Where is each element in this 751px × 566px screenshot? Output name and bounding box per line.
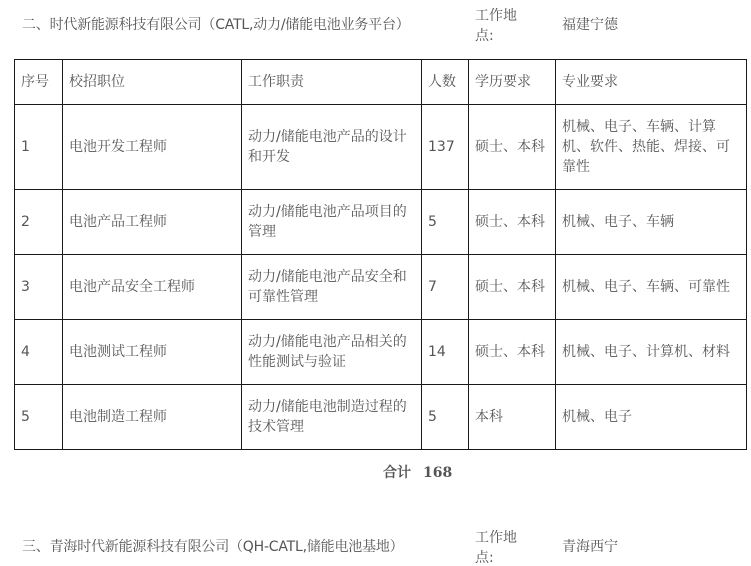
cell-duty: 动力/储能电池产品相关的性能测试与验证 <box>242 320 422 385</box>
table-row: 3 电池产品安全工程师 动力/储能电池产品安全和可靠性管理 7 硕士、本科 机械… <box>15 255 747 320</box>
header-major: 专业要求 <box>556 60 747 105</box>
cell-no: 4 <box>15 320 63 385</box>
header-education: 学历要求 <box>469 60 556 105</box>
cell-duty: 动力/储能电池产品项目的管理 <box>242 190 422 255</box>
cell-count: 5 <box>422 190 469 255</box>
header-position: 校招职位 <box>63 60 242 105</box>
cell-position: 电池产品工程师 <box>63 190 242 255</box>
cell-no: 5 <box>15 385 63 450</box>
total-value: 168 <box>423 465 452 481</box>
cell-duty: 动力/储能电池产品的设计和开发 <box>242 105 422 190</box>
cell-count: 5 <box>422 385 469 450</box>
job-table: 序号 校招职位 工作职责 人数 学历要求 专业要求 1 电池开发工程师 动力/储… <box>14 59 747 450</box>
cell-education: 硕士、本科 <box>469 105 556 190</box>
table-row: 1 电池开发工程师 动力/储能电池产品的设计和开发 137 硕士、本科 机械、电… <box>15 105 747 190</box>
location-label: 工作地点: <box>475 528 535 566</box>
table-row: 2 电池产品工程师 动力/储能电池产品项目的管理 5 硕士、本科 机械、电子、车… <box>15 190 747 255</box>
cell-education: 本科 <box>469 385 556 450</box>
cell-major: 机械、电子、车辆、可靠性 <box>556 255 747 320</box>
cell-education: 硕士、本科 <box>469 190 556 255</box>
location-value: 福建宁德 <box>562 16 618 34</box>
cell-no: 2 <box>15 190 63 255</box>
cell-duty: 动力/储能电池制造过程的技术管理 <box>242 385 422 450</box>
table-row: 4 电池测试工程师 动力/储能电池产品相关的性能测试与验证 14 硕士、本科 机… <box>15 320 747 385</box>
cell-education: 硕士、本科 <box>469 255 556 320</box>
cell-position: 电池测试工程师 <box>63 320 242 385</box>
cell-position: 电池产品安全工程师 <box>63 255 242 320</box>
cell-count: 137 <box>422 105 469 190</box>
section-header-catl: 二、时代新能源科技有限公司（CATL,动力/储能电池业务平台） 工作地点: 福建… <box>0 0 751 44</box>
location-label: 工作地点: <box>475 6 535 46</box>
cell-count: 7 <box>422 255 469 320</box>
cell-major: 机械、电子、车辆 <box>556 190 747 255</box>
cell-no: 1 <box>15 105 63 190</box>
table-row: 5 电池制造工程师 动力/储能电池制造过程的技术管理 5 本科 机械、电子 <box>15 385 747 450</box>
cell-major: 机械、电子 <box>556 385 747 450</box>
cell-major: 机械、电子、计算机、材料 <box>556 320 747 385</box>
location-value: 青海西宁 <box>562 538 618 556</box>
company-name: 三、青海时代新能源科技有限公司（QH-CATL,储能电池基地） <box>22 538 403 556</box>
cell-duty: 动力/储能电池产品安全和可靠性管理 <box>242 255 422 320</box>
total-summary: 合计168 <box>383 462 452 482</box>
header-no: 序号 <box>15 60 63 105</box>
table-header-row: 序号 校招职位 工作职责 人数 学历要求 专业要求 <box>15 60 747 105</box>
company-name: 二、时代新能源科技有限公司（CATL,动力/储能电池业务平台） <box>22 16 410 34</box>
header-count: 人数 <box>422 60 469 105</box>
cell-major: 机械、电子、车辆、计算机、软件、热能、焊接、可靠性 <box>556 105 747 190</box>
cell-count: 14 <box>422 320 469 385</box>
section-header-qh-catl: 三、青海时代新能源科技有限公司（QH-CATL,储能电池基地） 工作地点: 青海… <box>0 522 751 566</box>
cell-education: 硕士、本科 <box>469 320 556 385</box>
cell-position: 电池开发工程师 <box>63 105 242 190</box>
cell-no: 3 <box>15 255 63 320</box>
total-label: 合计 <box>383 465 411 481</box>
header-duty: 工作职责 <box>242 60 422 105</box>
cell-position: 电池制造工程师 <box>63 385 242 450</box>
